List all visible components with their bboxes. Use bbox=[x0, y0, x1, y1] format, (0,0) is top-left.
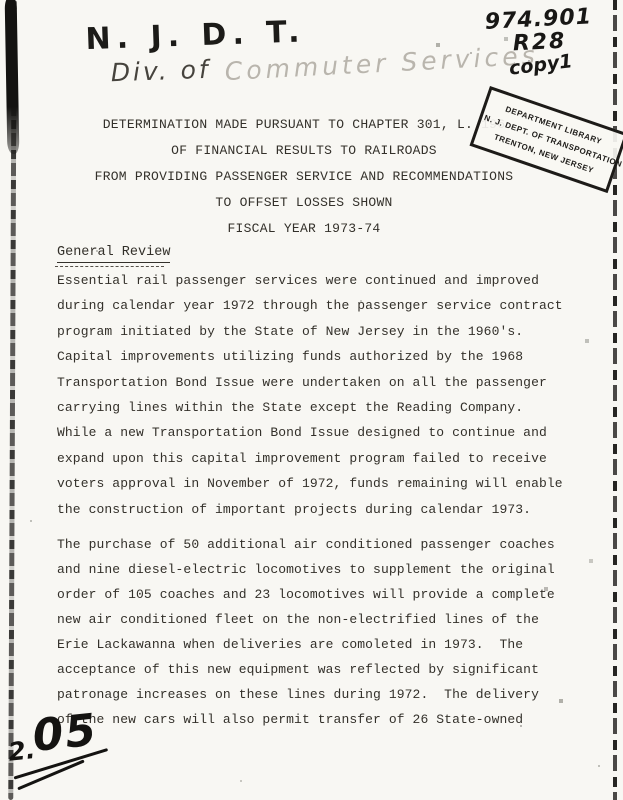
handwritten-agency-note: N. J. D. T. Div. of Commuter Services. bbox=[85, 6, 551, 88]
body-text-line: of the new cars will also permit transfe… bbox=[57, 707, 597, 732]
title-line: FROM PROVIDING PASSENGER SERVICE AND REC… bbox=[24, 164, 584, 190]
body-text-line: The purchase of 50 additional air condit… bbox=[57, 532, 597, 557]
body-text-line: the construction of important projects d… bbox=[57, 497, 597, 522]
body-text-line: carrying lines within the State except t… bbox=[57, 395, 597, 420]
handwritten-div-of: Div. of bbox=[110, 55, 211, 87]
body-text-line: program initiated by the State of New Je… bbox=[57, 319, 597, 344]
body-text-line: acceptance of this new equipment was ref… bbox=[57, 657, 597, 682]
handwritten-price-scrawl: 2. 05 bbox=[4, 700, 122, 791]
body-text-line: expand upon this capital improvement pro… bbox=[57, 446, 597, 471]
body-text-line: Capital improvements utilizing funds aut… bbox=[57, 344, 597, 369]
body-text-line: new air conditioned fleet on the non-ele… bbox=[57, 607, 597, 632]
body-text-line: Erie Lackawanna when deliveries are como… bbox=[57, 632, 597, 657]
body-text-line: during calendar year 1972 through the pa… bbox=[57, 293, 597, 318]
title-line: TO OFFSET LOSSES SHOWN bbox=[24, 190, 584, 216]
library-call-number: 974.901 R28 copy1 bbox=[484, 5, 595, 79]
paper-speckles bbox=[0, 0, 2, 2]
body-text-line: and nine diesel-electric locomotives to … bbox=[57, 557, 597, 582]
paragraph-general-review: Essential rail passenger services were c… bbox=[57, 268, 597, 522]
section-heading-text: General Review bbox=[57, 245, 170, 263]
scanned-document-page: N. J. D. T. Div. of Commuter Services. 9… bbox=[0, 0, 623, 800]
left-binding-dark-blob bbox=[5, 0, 20, 154]
body-text-line: patronage increases on these lines durin… bbox=[57, 682, 597, 707]
right-scan-edge-line bbox=[613, 0, 617, 800]
paragraph-equipment-purchase: The purchase of 50 additional air condit… bbox=[57, 532, 597, 732]
section-heading: General Review bbox=[57, 245, 170, 260]
body-text-line: voters approval in November of 1972, fun… bbox=[57, 471, 597, 496]
scrawl-prefix: 2. bbox=[7, 735, 37, 767]
body-text-line: order of 105 coaches and 23 locomotives … bbox=[57, 582, 597, 607]
body-text-line: Transportation Bond Issue were undertake… bbox=[57, 370, 597, 395]
title-line: FISCAL YEAR 1973-74 bbox=[24, 216, 584, 242]
body-text-line: Essential rail passenger services were c… bbox=[57, 268, 597, 293]
body-text-line: While a new Transportation Bond Issue de… bbox=[57, 420, 597, 445]
